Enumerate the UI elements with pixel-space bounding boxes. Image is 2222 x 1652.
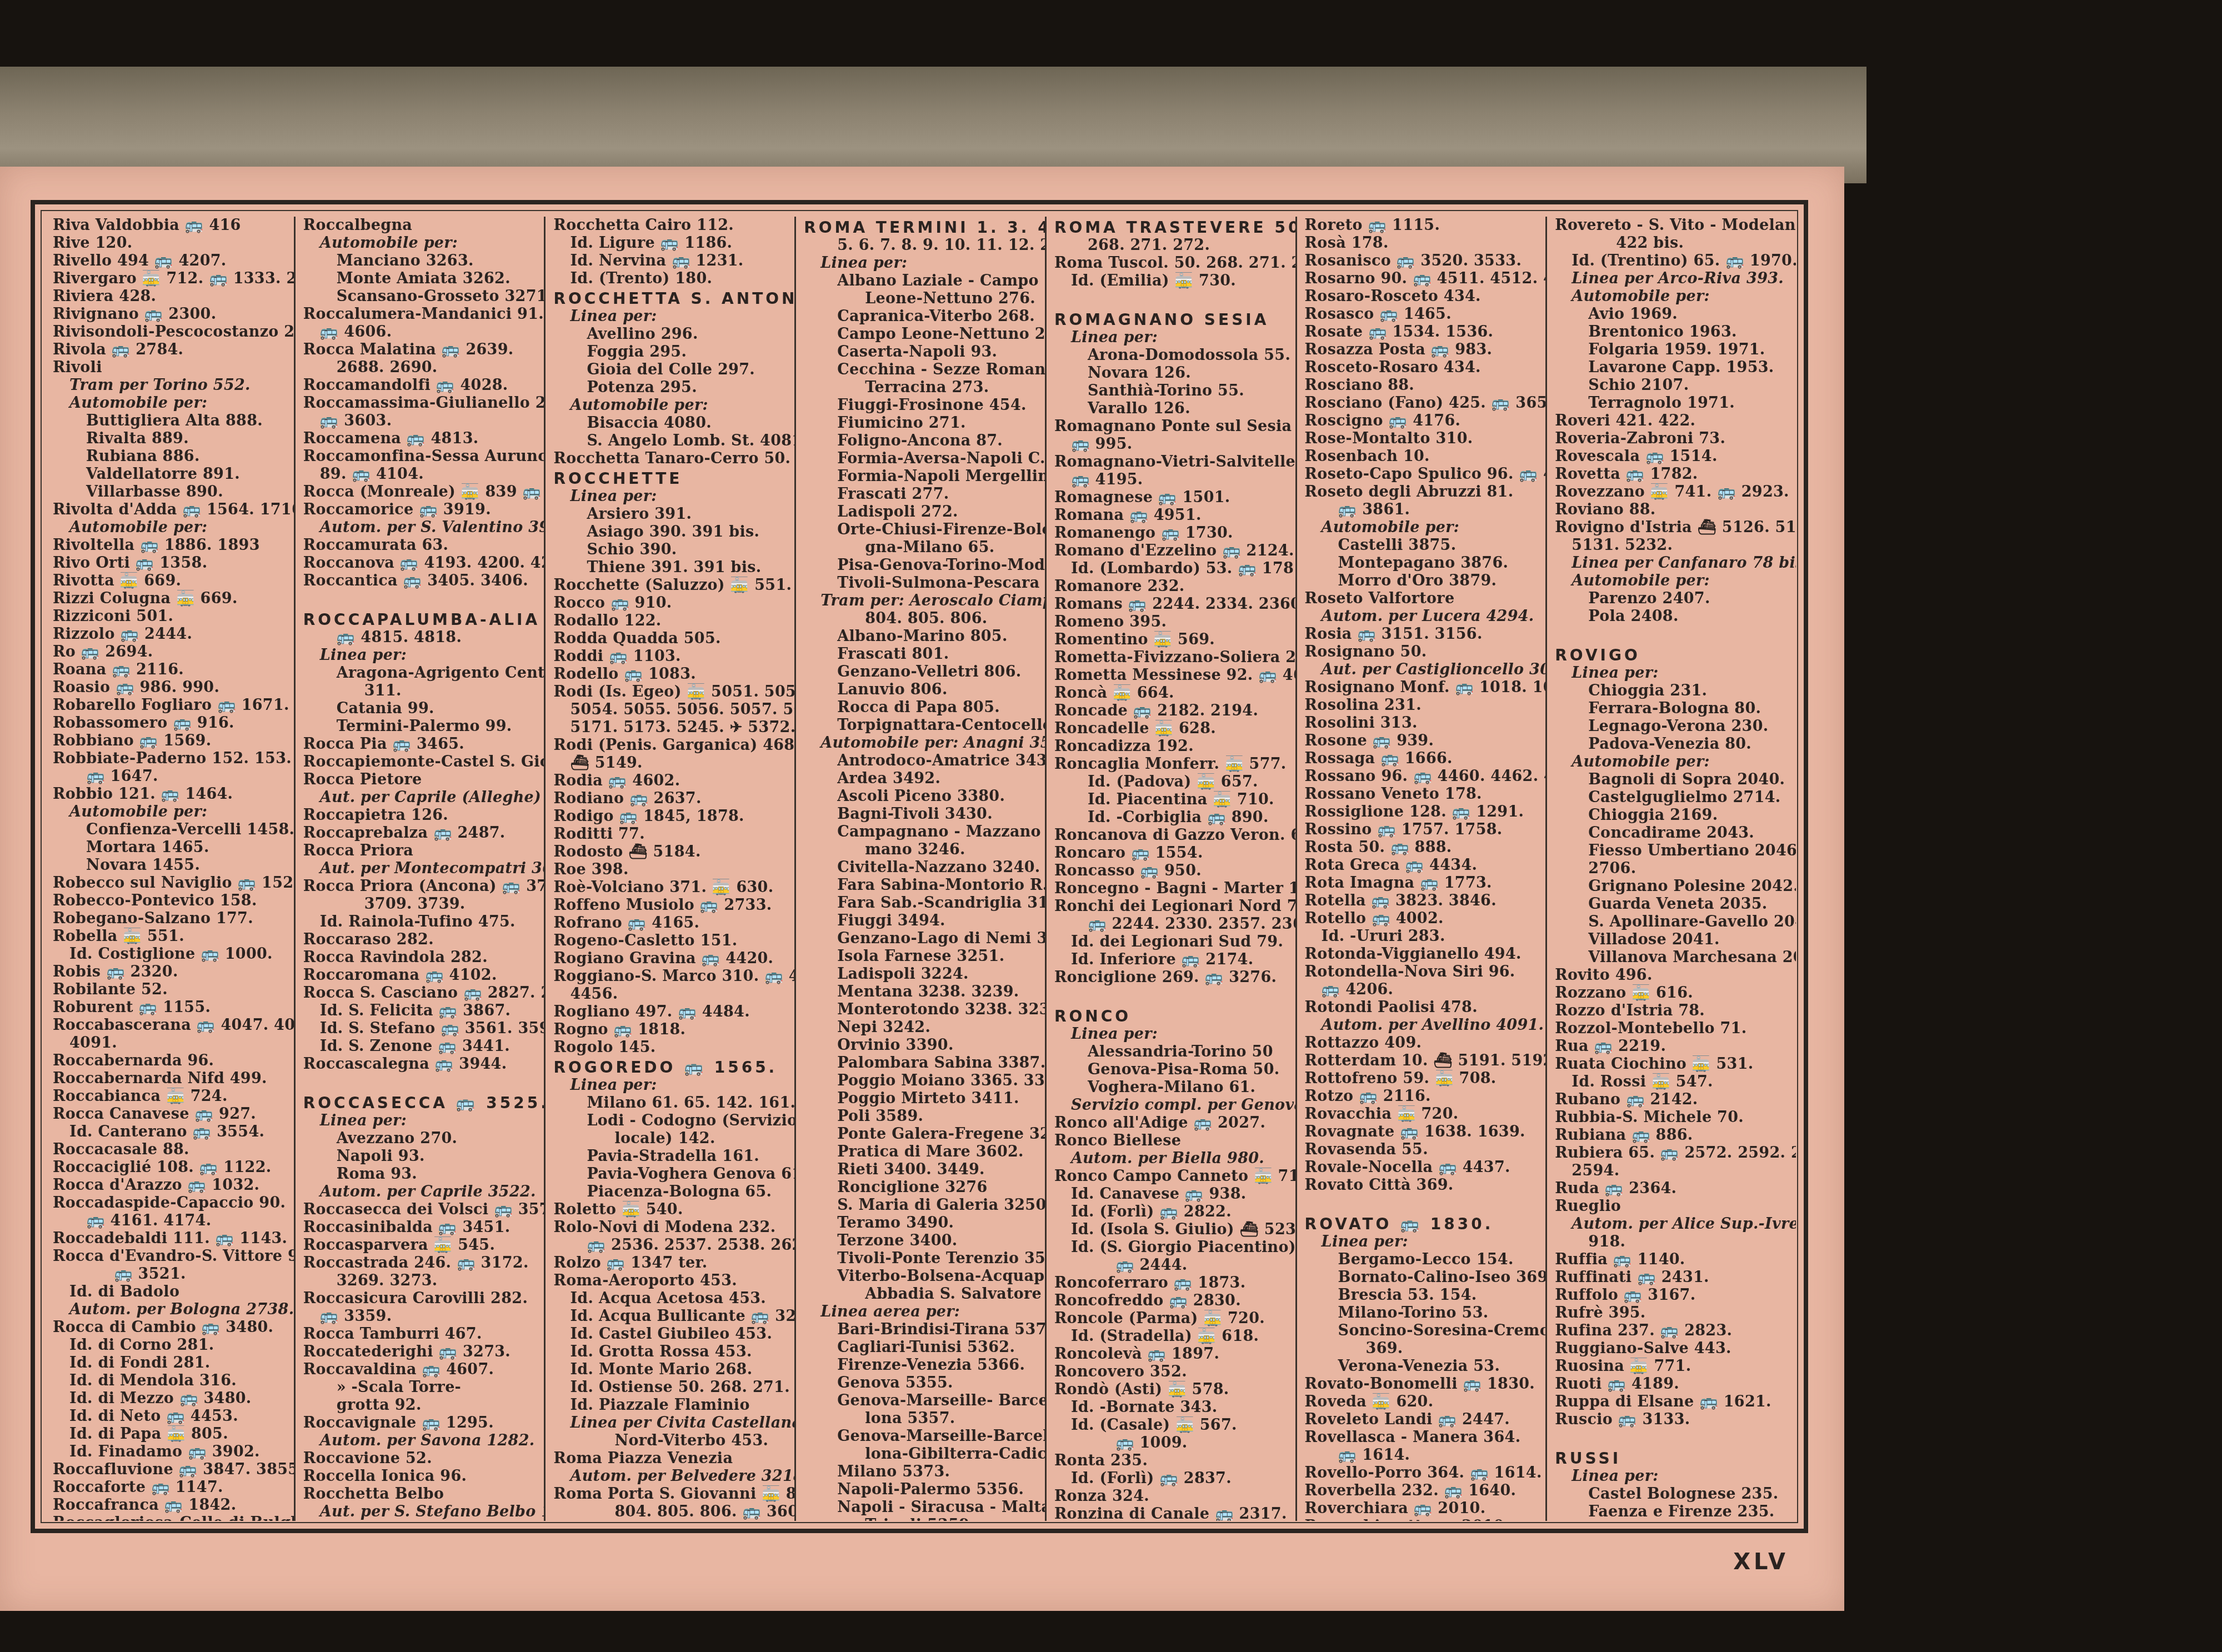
index-entry: Ruosina 🚋 771. xyxy=(1555,1358,1788,1375)
index-entry: Mortara 1465. xyxy=(53,839,286,857)
index-entry: 89. 🚌 4104. xyxy=(303,465,537,483)
index-entry: Rivotta 🚋 669. xyxy=(53,572,286,590)
index-entry: Albano Laziale - Campo xyxy=(804,272,1037,290)
index-entry: Roditti 77. xyxy=(553,825,787,843)
index-entry: Rosà 178. xyxy=(1305,234,1538,252)
index-entry: 268. 271. 272. xyxy=(1054,237,1288,254)
index-entry: Robarello Fogliaro 🚌 1671. xyxy=(53,697,286,714)
index-entry: Castel Bolognese 235. xyxy=(1555,1485,1788,1503)
index-entry: Rolo-Novi di Modena 232. xyxy=(553,1219,787,1237)
index-entry: Schio 2107. xyxy=(1555,377,1788,394)
index-entry: Chioggia 2169. xyxy=(1555,807,1788,824)
index-entry: Chioggia 231. xyxy=(1555,682,1788,700)
index-entry: Bagnoli di Sopra 2040. xyxy=(1555,771,1788,789)
index-entry: Romanengo 🚌 1730. xyxy=(1054,524,1288,542)
index-entry: Cecchina - Sezze Romano- xyxy=(804,361,1037,379)
index-entry: Ladispoli 3224. xyxy=(804,965,1037,983)
index-entry: Rufrè 395. xyxy=(1555,1304,1788,1322)
index-entry: Rodosto ⛴ 5184. xyxy=(553,843,787,861)
index-entry: Ruppa di Elsane 🚌 1621. xyxy=(1555,1393,1788,1411)
index-entry: Rosenbach 10. xyxy=(1305,448,1538,465)
index-entry: locale) 142. xyxy=(553,1130,787,1148)
index-entry: 🚌 3861. xyxy=(1305,501,1538,519)
index-entry: Id. di Neto 🚌 4453. xyxy=(53,1408,286,1425)
index-entry: Terragnolo 1971. xyxy=(1555,394,1788,412)
index-entry: Roncegno - Bagni - Marter 177. xyxy=(1054,880,1288,898)
index-entry: Bisaccia 4080. xyxy=(553,414,787,432)
index-entry: Rogno 🚌 1818. xyxy=(553,1021,787,1039)
index-entry: Potenza 295. xyxy=(553,379,787,397)
index-entry: Ronciglione 269. 🚌 3276. xyxy=(1054,969,1288,987)
index-entry: Rotondi Paolisi 478. xyxy=(1305,999,1538,1017)
index-entry: Id. di Corno 281. xyxy=(53,1336,286,1354)
index-entry: Roccaprebalza 🚌 2487. xyxy=(303,824,537,842)
index-entry: Id. -Bornate 343. xyxy=(1054,1399,1288,1416)
index-entry: Avellino 296. xyxy=(553,326,787,343)
index-entry: Valdellatorre 891. xyxy=(53,465,286,483)
index-entry: Formia-Napoli Mergellina 89. xyxy=(804,468,1037,485)
index-entry: 🚌 3603. xyxy=(303,412,537,430)
index-entry: Rodia 🚌 4602. xyxy=(553,772,787,790)
index-entry: Confienza-Vercelli 1458. xyxy=(53,821,286,839)
index-entry: Rogolo 145. xyxy=(553,1039,787,1057)
index-entry: Milano 5373. xyxy=(804,1463,1037,1481)
index-entry: Grignano Polesine 2042. xyxy=(1555,878,1788,895)
index-entry: Linea per: xyxy=(804,254,1037,272)
index-entry: Ronciglione 3276 xyxy=(804,1179,1037,1197)
index-entry: Id. Piazzale Flaminio xyxy=(553,1396,787,1414)
index-entry: Id. S. Zenone 🚌 3441. xyxy=(303,1038,537,1055)
index-entry: Rosolina 231. xyxy=(1305,697,1538,714)
index-entry: Rocca Malatina 🚌 2639. xyxy=(303,341,537,359)
index-entry: Linea per Canfanaro 78 bis. xyxy=(1555,554,1788,572)
index-entry: Id. Ostiense 50. 268. 271. 272. xyxy=(553,1379,787,1396)
index-entry: Roncasso 🚌 950. xyxy=(1054,862,1288,880)
index-entry: Genova 5355. xyxy=(804,1374,1037,1392)
index-entry: Foggia 295. xyxy=(553,343,787,361)
index-entry: Rocca (Monreale) 🚋 839 🚌 4820 xyxy=(303,483,537,501)
station-heading: ROCCAPALUMBA-ALIA xyxy=(303,611,537,629)
index-entry: Roncadelle 🚋 628. xyxy=(1054,720,1288,738)
index-entry: 3709. 3739. xyxy=(303,895,537,913)
index-entry: Ferrara-Bologna 80. xyxy=(1555,700,1788,718)
index-entry: Roseto degli Abruzzi 81. xyxy=(1305,483,1538,501)
index-entry: Id. (Trento) 180. xyxy=(553,270,787,288)
index-entry: Rose-Montalto 310. xyxy=(1305,430,1538,448)
index-entry: Roccamonfina-Sessa Aurunca xyxy=(303,448,537,465)
index-entry: 🚌 1009. xyxy=(1054,1434,1288,1452)
index-entry: Roccaforte 🚌 1147. xyxy=(53,1479,286,1496)
index-entry: Ronta 235. xyxy=(1054,1452,1288,1470)
index-entry: Rovescala 🚌 1514. xyxy=(1555,448,1788,465)
index-entry: 5131. 5232. xyxy=(1555,537,1788,554)
index-entry: Id. (Lombardo) 53. 🚌 1781 xyxy=(1054,560,1288,578)
index-entry: Roletto 🚋 540. xyxy=(553,1201,787,1219)
index-entry: Poggio Moiano 3365. 3366. xyxy=(804,1072,1037,1090)
index-entry: Roncoferraro 🚌 1873. xyxy=(1054,1274,1288,1292)
index-entry: Rodigo 🚌 1845, 1878. xyxy=(553,808,787,825)
index-entry: Rocchetta Cairo 112. xyxy=(553,217,787,234)
index-entry: Folgaria 1959. 1971. xyxy=(1555,341,1788,359)
index-entry: Fiuggi-Frosinone 454. xyxy=(804,397,1037,414)
index-entry: Linea per: xyxy=(1054,1025,1288,1043)
column-5: ROMA TRASTEVERE 50.268. 271. 272.Roma Tu… xyxy=(1047,217,1297,1521)
index-entry: Rufina 237. 🚌 2823. xyxy=(1555,1322,1788,1340)
index-entry: Santhià-Torino 55. xyxy=(1054,382,1288,400)
index-entry: Nepi 3242. xyxy=(804,1019,1037,1037)
index-entry: ⛴ 5149. xyxy=(553,754,787,772)
index-entry: Id. di Fondi 281. xyxy=(53,1354,286,1372)
index-entry: Roffeno Musiolo 🚌 2733. xyxy=(553,897,787,914)
index-entry: Brentonico 1963. xyxy=(1555,323,1788,341)
index-entry: Automobile per: xyxy=(1305,519,1538,537)
index-entry: Id. (Forlì) 🚌 2822. xyxy=(1054,1203,1288,1221)
index-entry: Ruggiano-Salve 443. xyxy=(1555,1340,1788,1358)
index-entry: Milano 61. 65. 142. 161. xyxy=(553,1094,787,1112)
index-entry: Verona-Venezia 53. xyxy=(1305,1358,1538,1375)
index-entry: 804. 805. 806. 🚌 3601. xyxy=(553,1503,787,1521)
index-entry: Roma 93. xyxy=(303,1165,537,1183)
index-entry: Autom. per Lucera 4294. xyxy=(1305,608,1538,625)
index-entry: Orte-Chiusi-Firenze-Bolo- xyxy=(804,521,1037,539)
index-entry: Ruffolo 🚌 3167. xyxy=(1555,1286,1788,1304)
index-entry: Aut. per Caprile (Alleghe) 2081 xyxy=(303,789,537,807)
index-entry: Civitella-Nazzano 3240. xyxy=(804,859,1037,877)
index-entry: Rocca Priora (Ancona) 🚌 3703. xyxy=(303,878,537,895)
index-entry: Ascoli Piceno 3380. xyxy=(804,788,1037,805)
index-entry: Roreto 🚌 1115. xyxy=(1305,217,1538,234)
index-entry: lona-Gibilterra-Cadice 5358 xyxy=(804,1445,1037,1463)
index-entry: Roccalbegna xyxy=(303,217,537,234)
index-entry: Roveleto Landi 🚌 2447. xyxy=(1305,1411,1538,1429)
index-entry: 2594. xyxy=(1555,1162,1788,1180)
station-heading: RUSSI xyxy=(1555,1450,1788,1468)
index-entry: 🚌 2536. 2537. 2538. 2620. xyxy=(553,1237,787,1254)
index-entry: Monterotondo 3238. 3239. xyxy=(804,1001,1037,1019)
index-entry: Rotella 🚌 3823. 3846. xyxy=(1305,892,1538,910)
index-columns: Riva Valdobbia 🚌 416Rive 120.Rivello 494… xyxy=(45,217,1796,1521)
index-entry: Rubbia-S. Michele 70. xyxy=(1555,1109,1788,1127)
index-entry: Ronco all'Adige 🚌 2027. xyxy=(1054,1114,1288,1132)
index-entry: Antrodoco-Amatrice 3431. xyxy=(804,752,1037,770)
index-entry: Rosia 🚌 3151. 3156. xyxy=(1305,625,1538,643)
index-entry: lona 5357. xyxy=(804,1410,1037,1428)
book-page: Riva Valdobbia 🚌 416Rive 120.Rivello 494… xyxy=(0,167,1844,1611)
station-heading: RONCO xyxy=(1054,1008,1288,1025)
index-entry: Rotterdam 10. ⛴ 5191. 5192. xyxy=(1305,1052,1538,1070)
index-entry: Rosanisco 🚌 3520. 3533. xyxy=(1305,252,1538,270)
index-entry: Rocca d'Evandro-S. Vittore 93. xyxy=(53,1248,286,1265)
index-entry: gna-Milano 65. xyxy=(804,539,1037,557)
index-entry: Ladispoli 272. xyxy=(804,503,1037,521)
index-entry: » -Scala Torre- xyxy=(303,1379,537,1396)
index-entry: Rosignano Monf. 🚌 1018. 1019 xyxy=(1305,679,1538,697)
index-entry: Ronzina di Canale 🚌 2317. xyxy=(1054,1505,1288,1521)
index-entry: Termini-Palermo 99. xyxy=(303,718,537,735)
index-entry: Rovato-Bonomelli 🚌 1830. xyxy=(1305,1375,1538,1393)
index-entry: Rivalta 889. xyxy=(53,430,286,448)
index-entry: Rosazza Posta 🚌 983. xyxy=(1305,341,1538,359)
column-2: RoccalbegnaAutomobile per:Manciano 3263.… xyxy=(296,217,546,1521)
index-entry: Roccagloriosa-Celle di Bulgheria 90 xyxy=(53,1514,286,1521)
index-entry: Rivola 🚌 2784. xyxy=(53,341,286,359)
index-entry: Rota Imagna 🚌 1773. xyxy=(1305,874,1538,892)
index-entry: Linea per: xyxy=(553,488,787,505)
index-entry: Romeno 395. xyxy=(1054,613,1288,631)
index-entry: Rogiano Gravina 🚌 4420. xyxy=(553,950,787,968)
index-entry: Rubiera 65. 🚌 2572. 2592. 2593. xyxy=(1555,1144,1788,1162)
index-entry: Rocca Canavese 🚌 927. xyxy=(53,1105,286,1123)
index-entry: Roasio 🚌 986. 990. xyxy=(53,679,286,697)
index-entry: Milano-Torino 53. xyxy=(1305,1304,1538,1322)
index-entry: Roma Piazza Venezia xyxy=(553,1450,787,1468)
index-entry: Rodello 🚌 1083. xyxy=(553,665,787,683)
index-entry: Rossaga 🚌 1666. xyxy=(1305,750,1538,768)
index-entry: Ruffia 🚌 1140. xyxy=(1555,1251,1788,1269)
index-entry: Monte Amiata 3262. xyxy=(303,270,537,288)
index-entry: Avezzano 270. xyxy=(303,1130,537,1148)
station-heading: ROGOREDO 🚌 1565. xyxy=(553,1059,787,1077)
index-entry: Rocca S. Casciano 🚌 2827. 2828. xyxy=(303,984,537,1002)
index-entry: Roccabianca 🚋 724. xyxy=(53,1088,286,1105)
index-entry: Automobile per: xyxy=(53,803,286,821)
index-entry: 311. xyxy=(303,682,537,700)
index-entry: 🚌 4195. xyxy=(1054,471,1288,489)
index-entry: Rovasenda 55. xyxy=(1305,1141,1538,1159)
index-entry: Rodiano 🚌 2637. xyxy=(553,790,787,808)
index-entry: Id. dei Legionari Sud 79. xyxy=(1054,933,1288,951)
index-entry: Romans 🚌 2244. 2334. 2360. xyxy=(1054,595,1288,613)
index-entry: Rotonda-Viggianello 494. xyxy=(1305,945,1538,963)
index-entry: Mentana 3238. 3239. xyxy=(804,983,1037,1001)
station-heading: ROCCHETTE xyxy=(553,470,787,488)
index-entry: S. Angelo Lomb. St. 4081. xyxy=(553,432,787,450)
index-entry: Id. Castel Giubileo 453. xyxy=(553,1325,787,1343)
column-1: Riva Valdobbia 🚌 416Rive 120.Rivello 494… xyxy=(45,217,296,1521)
index-entry: Rovagnate 🚌 1638. 1639. xyxy=(1305,1123,1538,1141)
index-entry: Id. di Papa 🚋 805. xyxy=(53,1425,286,1443)
index-entry: Legnago-Verona 230. xyxy=(1555,718,1788,735)
index-entry: Id. (Emilia) 🚋 730. xyxy=(1054,272,1288,290)
index-entry: Frascati 801. xyxy=(804,645,1037,663)
index-entry: Fara Sab.-Scandriglia 3128. xyxy=(804,894,1037,912)
index-entry: Manciano 3263. xyxy=(303,252,537,270)
index-entry: Rota Greca 🚌 4434. xyxy=(1305,857,1538,874)
index-entry: Roncaro 🚌 1554. xyxy=(1054,844,1288,862)
index-entry: Rocca di Papa 805. xyxy=(804,699,1037,717)
index-entry: Ro 🚌 2694. xyxy=(53,643,286,661)
index-entry: Roccaciglié 108. 🚌 1122. xyxy=(53,1159,286,1177)
index-entry: 🚌 3521. xyxy=(53,1265,286,1283)
index-entry: Roccabascerana 🚌 4047. 4077. xyxy=(53,1017,286,1034)
index-entry: Roccadebaldi 111. 🚌 1143. xyxy=(53,1230,286,1248)
index-entry: Bergamo-Lecco 154. xyxy=(1305,1251,1538,1269)
index-entry: Ruata Ciochino 🚋 531. xyxy=(1555,1055,1788,1073)
index-entry: Rive 120. xyxy=(53,234,286,252)
index-entry: Piacenza-Bologna 65. xyxy=(553,1183,787,1201)
index-entry: Rovito 496. xyxy=(1555,967,1788,984)
index-entry: Aut. per S. Stefano Belbo 1074. xyxy=(303,1503,537,1521)
index-entry: Linea per: xyxy=(303,1112,537,1130)
index-entry: Robilante 52. xyxy=(53,981,286,999)
index-entry: grotta 92. xyxy=(303,1396,537,1414)
index-entry: Faenza e Firenze 235. xyxy=(1555,1503,1788,1521)
index-entry: Romentino 🚋 569. xyxy=(1054,631,1288,649)
index-entry: Ponte Galera-Fregene 3220 xyxy=(804,1125,1037,1143)
index-entry: Ronchi dei Legionari Nord 70. xyxy=(1054,898,1288,915)
index-entry: Id. Canterano 🚌 3554. xyxy=(53,1123,286,1141)
index-entry: Linea per Civita Castellana xyxy=(553,1414,787,1432)
index-entry: 🚌 4606. xyxy=(303,323,537,341)
index-entry: Autom. per Alice Sup.-Ivrea xyxy=(1555,1215,1788,1233)
index-entry: Roseto Valfortore xyxy=(1305,590,1538,608)
index-entry: Ronco Biellese xyxy=(1054,1132,1288,1150)
index-entry: Id. (S. Giorgio Piacentino) xyxy=(1054,1239,1288,1256)
index-entry: Id. (Stradella) 🚋 618. xyxy=(1054,1328,1288,1345)
index-entry: Frascati 277. xyxy=(804,485,1037,503)
index-entry: Id. Inferiore 🚌 2174. xyxy=(1054,951,1288,969)
index-entry: Gioia del Colle 297. xyxy=(553,361,787,379)
index-entry: Rosone 🚌 939. xyxy=(1305,732,1538,750)
index-entry: Id. Nervina 🚌 1231. xyxy=(553,252,787,270)
index-entry: Id. Rainola-Tufino 475. xyxy=(303,913,537,931)
index-entry: Rosta 50. 🚌 888. xyxy=(1305,839,1538,857)
index-entry: Riviera 428. xyxy=(53,288,286,306)
index-entry: Firenze-Venezia 5366. xyxy=(804,1356,1037,1374)
index-entry: Castelli 3875. xyxy=(1305,537,1538,554)
index-entry: Rossiglione 128. 🚌 1291. xyxy=(1305,803,1538,821)
index-entry: Concadirame 2043. xyxy=(1555,824,1788,842)
index-entry: Automobile per: Anagni 3534 xyxy=(804,734,1037,752)
index-entry: Automobile per: xyxy=(1555,288,1788,306)
index-entry: Arsiero 391. xyxy=(553,505,787,523)
index-entry: Castelguglielmo 2714. xyxy=(1555,789,1788,807)
index-entry: Campagnano - Mazzano Ro- xyxy=(804,823,1037,841)
column-3: Rocchetta Cairo 112.Id. Ligure 🚌 1186.Id… xyxy=(546,217,796,1521)
index-entry: Id. (Padova) 🚋 657. xyxy=(1054,773,1288,791)
index-entry: 🚌 1614. xyxy=(1305,1446,1538,1464)
index-entry: Id. Rossi 🚋 547. xyxy=(1555,1073,1788,1091)
index-entry: Roccanova 🚌 4193. 4200. 4205. xyxy=(303,554,537,572)
index-entry: Autom. per Caprile 3522. xyxy=(303,1183,537,1201)
index-entry: Viterbo-Bolsena-Acquapend.- xyxy=(804,1268,1037,1285)
index-entry: Rosciano 88. xyxy=(1305,377,1538,394)
index-entry: Albano-Marino 805. xyxy=(804,628,1037,645)
index-entry: Rovello-Porro 364. 🚌 1614. xyxy=(1305,1464,1538,1482)
index-entry: Ronco Campo Canneto 🚋 719. xyxy=(1054,1168,1288,1185)
index-entry: Rondò (Asti) 🚋 578. xyxy=(1054,1381,1288,1399)
index-entry: Id. Grotta Rossa 453. xyxy=(553,1343,787,1361)
index-entry: Autom. per S. Valentino 3918. xyxy=(303,519,537,537)
index-entry: Roccella Ionica 96. xyxy=(303,1468,537,1485)
index-entry: 4091. xyxy=(53,1034,286,1052)
index-entry: Roncolevà 🚌 1897. xyxy=(1054,1345,1288,1363)
index-entry: Roccavignale 🚌 1295. xyxy=(303,1414,537,1432)
index-entry: Formia-Aversa-Napoli C. 89. xyxy=(804,450,1037,468)
index-entry: Roverchiara 🚌 2010. xyxy=(1305,1500,1538,1518)
index-entry: Roncadizza 192. xyxy=(1054,738,1288,755)
index-entry: Fara Sabina-Montorio R. 3449 xyxy=(804,877,1037,894)
index-entry: Caserta-Napoli 93. xyxy=(804,343,1037,361)
index-entry: Roccalumera-Mandanici 91. xyxy=(303,306,537,323)
index-entry: Rosarno 90. 🚌 4511. 4512. 4514. xyxy=(1305,270,1538,288)
index-entry: Rovigno d'Istria ⛴ 5126. 5127. xyxy=(1555,519,1788,537)
index-entry: Villanova Marchesana 2037 xyxy=(1555,949,1788,967)
index-entry: Rotzo 🚌 2116. xyxy=(1305,1088,1538,1105)
index-entry: Rosasco 🚌 1465. xyxy=(1305,306,1538,323)
index-entry: 369. xyxy=(1305,1340,1538,1358)
index-entry: Campo Leone-Nettuno 275. xyxy=(804,326,1037,343)
index-entry: Roccasicura Carovilli 282. xyxy=(303,1290,537,1308)
index-entry: Genova-Marseille- Barcel- xyxy=(804,1392,1037,1410)
index-entry: Catania 99. xyxy=(303,700,537,718)
index-entry: 🚌 2244. 2330. 2357. 2360. xyxy=(1054,915,1288,933)
index-entry: Tivoli-Sulmona-Pescara C. 88 xyxy=(804,574,1037,592)
index-entry: Schio 390. xyxy=(553,541,787,559)
index-entry: 2706. xyxy=(1555,860,1788,878)
index-entry: Roveda 🚋 620. xyxy=(1305,1393,1538,1411)
index-entry: Aut. per Castiglioncello 3003 xyxy=(1305,661,1538,679)
index-entry: Robbiate-Paderno 152. 153. xyxy=(53,750,286,768)
index-entry: Id. (Trentino) 65. 🚌 1970. xyxy=(1555,252,1788,270)
index-entry: Rometta-Fivizzano-Soliera 238. xyxy=(1054,649,1288,667)
index-entry: Rovereto - S. Vito - Modelana xyxy=(1555,217,1788,234)
index-entry: Id. di Badolo xyxy=(53,1283,286,1301)
index-entry: Pola 2408. xyxy=(1555,608,1788,625)
index-entry: Rocca di Cambio 🚌 3480. xyxy=(53,1319,286,1336)
index-entry: Lodi - Codogno (Servizio xyxy=(553,1112,787,1130)
index-entry: Rossano 96. 🚌 4460. 4462. 4463. xyxy=(1305,768,1538,785)
index-entry: Rivoltella 🚌 1886. 1893 xyxy=(53,537,286,554)
index-entry: 4456. xyxy=(553,985,787,1003)
index-entry: Roccascalegna 🚌 3944. xyxy=(303,1055,537,1073)
index-entry: Roveria-Zabroni 73. xyxy=(1555,430,1788,448)
index-entry: Bari-Brindisi-Tirana 5370 xyxy=(804,1321,1037,1339)
index-entry: Villadose 2041. xyxy=(1555,931,1788,949)
index-entry: Asiago 390. 391 bis. xyxy=(553,523,787,541)
index-entry: Alessandria-Torino 50 xyxy=(1054,1043,1288,1061)
index-entry: Rivignano 🚌 2300. xyxy=(53,306,286,323)
index-entry: Rocchetta Tanaro-Cerro 50. xyxy=(553,450,787,468)
index-entry: Id. -Corbiglia 🚌 890. xyxy=(1054,809,1288,827)
index-entry: Tram per Torino 552. xyxy=(53,377,286,394)
index-entry: Id. (Isola S. Giulio) ⛴ 523 bis xyxy=(1054,1221,1288,1239)
index-entry: Capranica-Viterbo 268. xyxy=(804,308,1037,326)
index-entry: Roè-Volciano 371. 🚋 630. xyxy=(553,879,787,897)
index-entry: Tripoli 5359. xyxy=(804,1516,1037,1521)
index-entry: Roccatederighi 🚌 3273. xyxy=(303,1343,537,1361)
index-entry: Rocca d'Arazzo 🚌 1032. xyxy=(53,1177,286,1194)
index-entry: Roccafluvione 🚌 3847. 3855. xyxy=(53,1461,286,1479)
index-entry: 🚌 1647. xyxy=(53,768,286,785)
index-entry: Autom. per Belvedere 3218. xyxy=(553,1468,787,1485)
column-6: Roreto 🚌 1115.Rosà 178.Rosanisco 🚌 3520.… xyxy=(1297,217,1548,1521)
index-entry: Robis 🚌 2320. xyxy=(53,963,286,981)
index-entry: Rogeno-Casletto 151. xyxy=(553,932,787,950)
index-entry: Automobile per: xyxy=(53,519,286,537)
index-entry: Rubiana 886. xyxy=(53,448,286,465)
station-heading: ROVATO 🚌 1830. xyxy=(1305,1215,1538,1233)
index-entry: S. Apollinare-Gavello 2045 xyxy=(1555,913,1788,931)
index-entry: Id. S. Stefano 🚌 3561. 3597. xyxy=(303,1020,537,1038)
index-entry: Rovellasca - Manera 364. xyxy=(1305,1429,1538,1446)
index-entry: Roccantica 🚌 3405. 3406. xyxy=(303,572,537,590)
index-entry: Varallo 126. xyxy=(1054,400,1288,418)
index-entry: Fiuggi 3494. xyxy=(804,912,1037,930)
index-entry: Rodi (Penis. Garganica) 468. xyxy=(553,737,787,754)
column-4: ROMA TERMINI 1. 3. 4. 4 bis.5. 6. 7. 8. … xyxy=(796,217,1047,1521)
index-entry: Roburent 🚌 1155. xyxy=(53,999,286,1017)
